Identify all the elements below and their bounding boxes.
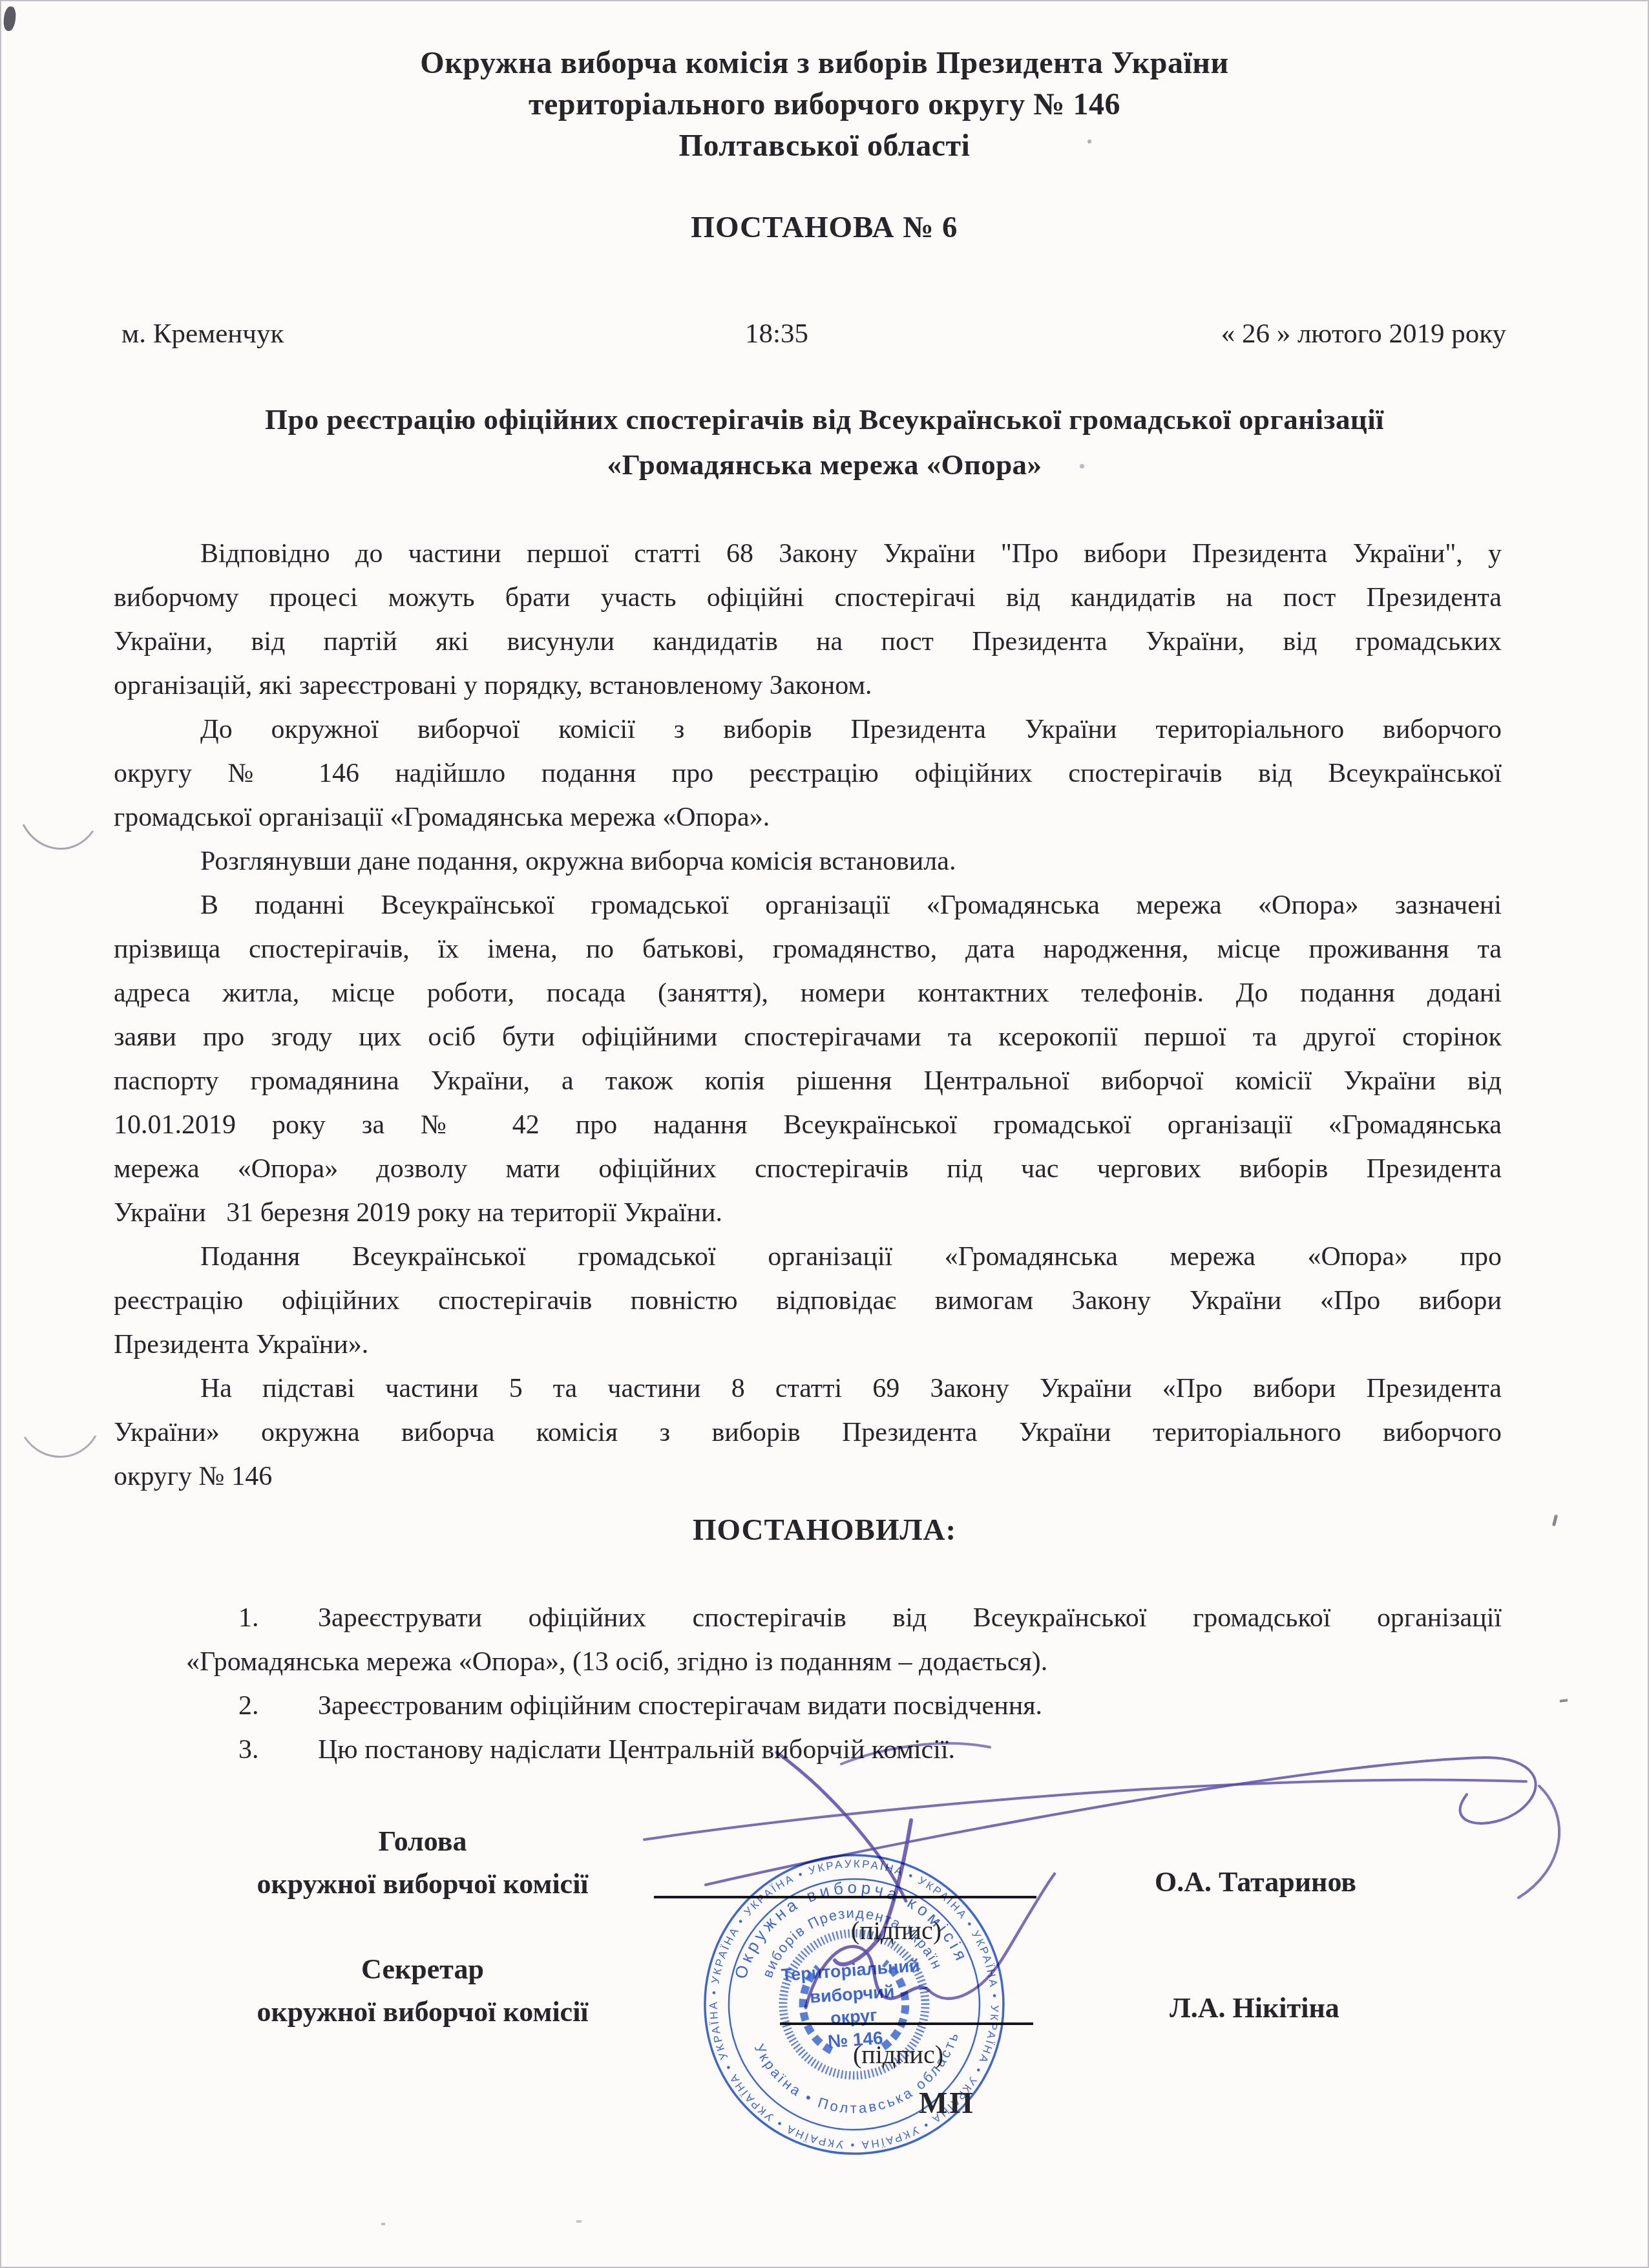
resolution-number-heading: ПОСТАНОВА № 6: [1, 209, 1648, 246]
scan-speck: [381, 2223, 385, 2225]
body-line: прізвища спостерігачів, їх імена, по бат…: [114, 927, 1502, 971]
role-line: Голова: [229, 1820, 616, 1863]
body-line: 10.01.2019 року за № 42 про надання Всеу…: [114, 1103, 1502, 1147]
meta-time: 18:35: [745, 317, 808, 351]
role-line: окружної виборчої комісії: [229, 1863, 616, 1906]
handwritten-signatures: [583, 1707, 1630, 2147]
body-text: Відповідно до частини першої статті 68 З…: [114, 532, 1502, 1498]
body-line: заяви про згоду цих осіб бути офіційними…: [114, 1015, 1502, 1059]
body-line: округу № 146: [114, 1454, 1502, 1498]
list-number: 3.: [238, 1728, 318, 1772]
resolved-heading: ПОСТАНОВИЛА:: [1, 1511, 1648, 1549]
role-line: Секретар: [229, 1948, 616, 1991]
meta-city: м. Кременчук: [121, 317, 284, 351]
body-line: України, від партій які висунули кандида…: [114, 620, 1502, 664]
role-line: окружної виборчої комісії: [229, 1991, 616, 2033]
scan-curve-mark: [21, 1427, 101, 1473]
scan-speck: [1087, 140, 1091, 143]
body-line: України 31 березня 2019 року на територі…: [114, 1191, 1502, 1235]
commission-header: Окружна виборча комісія з виборів Презид…: [1, 43, 1648, 167]
resolution-title: Про реєстрацію офіційних спостерігачів в…: [1, 397, 1648, 487]
title-line: «Громадянська мережа «Опора»: [1, 442, 1648, 487]
list-number: 1.: [238, 1596, 318, 1640]
title-line: Про реєстрацію офіційних спостерігачів в…: [1, 397, 1648, 442]
scanned-document-page: Окружна виборча комісія з виборів Презид…: [0, 0, 1649, 2268]
signature-role-head: Голова окружної виборчої комісії: [229, 1820, 616, 1906]
body-line: Президента України».: [114, 1323, 1502, 1367]
body-line: організацій, які зареєстровані у порядку…: [114, 664, 1502, 708]
header-line: територіального виборчого округу № 146: [1, 84, 1648, 125]
list-number: 2.: [238, 1684, 318, 1728]
body-line: адреса житла, місце роботи, посада (заня…: [114, 971, 1502, 1015]
scan-curve-mark: [19, 817, 100, 863]
scan-speck: [1080, 464, 1084, 468]
signature-role-secretary: Секретар окружної виборчої комісії: [229, 1948, 616, 2033]
header-line: Полтавської області: [1, 125, 1648, 167]
list-line: 1.Зареєструвати офіційних спостерігачів …: [114, 1596, 1502, 1640]
meta-date: « 26 » лютого 2019 року: [1221, 317, 1506, 351]
body-line: В поданні Всеукраїнської громадської орг…: [114, 883, 1502, 927]
body-line: громадської організації «Громадянська ме…: [114, 795, 1502, 839]
body-line: реєстрацію офіційних спостерігачів повні…: [114, 1279, 1502, 1323]
scan-speck: [1560, 1699, 1568, 1703]
body-line: України» окружна виборча комісія з вибор…: [114, 1411, 1502, 1454]
body-line: До окружної виборчої комісії з виборів П…: [114, 708, 1502, 751]
body-line: Розглянувши дане подання, окружна виборч…: [114, 839, 1502, 883]
body-line: Відповідно до частини першої статті 68 З…: [114, 532, 1502, 576]
body-line: округу № 146 надійшло подання про реєстр…: [114, 751, 1502, 795]
body-line: виборчому процесі можуть брати участь оф…: [114, 576, 1502, 620]
header-line: Окружна виборча комісія з виборів Презид…: [1, 43, 1648, 84]
scan-corner-mark: [3, 6, 17, 32]
body-line: паспорту громадянина України, а також ко…: [114, 1059, 1502, 1103]
body-line: мережа «Опора» дозволу мати офіційних сп…: [114, 1147, 1502, 1191]
body-line: На підставі частини 5 та частини 8 статт…: [114, 1367, 1502, 1411]
body-line: Подання Всеукраїнської громадської орган…: [114, 1235, 1502, 1279]
body-line: «Громадянська мережа «Опора», (13 осіб, …: [114, 1640, 1502, 1684]
scan-speck: [576, 2220, 582, 2223]
